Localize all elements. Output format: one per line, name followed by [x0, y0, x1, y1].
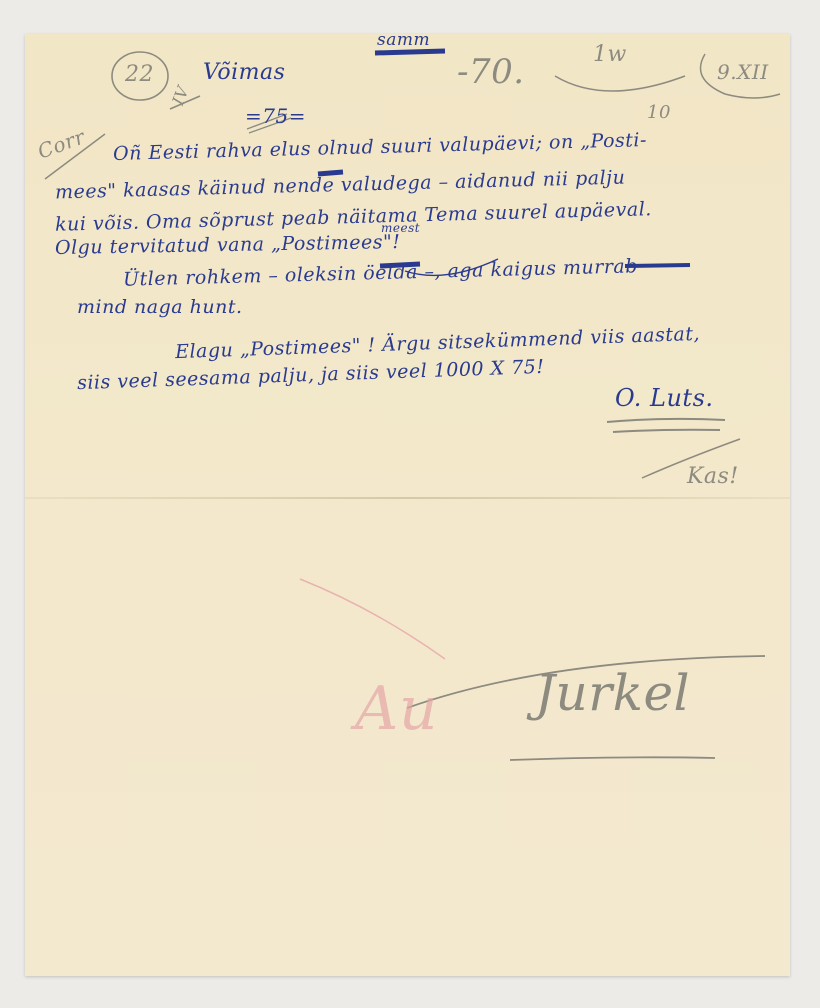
body-line-6: mind naga hunt. [77, 296, 243, 318]
title-number: -70. [457, 52, 525, 92]
red-pencil-mark: Au [355, 674, 438, 744]
page-number: 10 [647, 102, 671, 123]
title-insert: samm [377, 30, 430, 50]
correction-number: =75= [245, 104, 306, 128]
pencil-note: Kas! [687, 464, 739, 489]
pencil-signature: Jurkel [535, 664, 690, 722]
letter-page: 22 IV Võimas samm -70. =75= 1w 9.XII 10 … [25, 34, 790, 976]
circled-number: 22 [125, 62, 154, 87]
circled-note: 1w [593, 42, 627, 67]
body-line-4-insert: meest [381, 221, 420, 235]
title: Võimas [203, 60, 285, 85]
date-note: 9.XII [717, 60, 769, 84]
author-signature: O. Luts. [615, 384, 714, 412]
